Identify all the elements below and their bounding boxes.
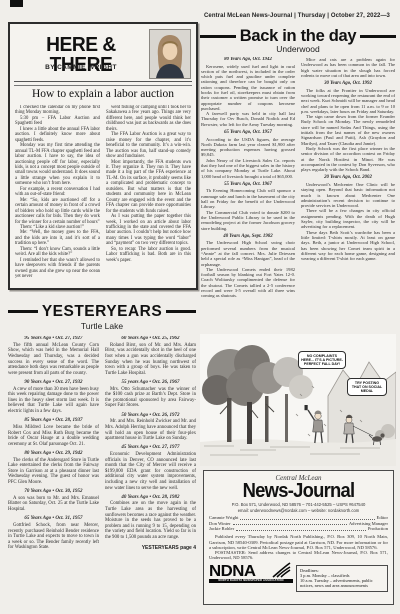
back-in-the-day-subtitle: Underwood	[200, 45, 396, 54]
paragraph: Kerosene, widely used fuel and light in …	[201, 64, 295, 112]
era-heading: 60 Years Ago • Oct. 25, 1962	[105, 336, 196, 342]
paragraph: 5:30 pm – FFA Labor Auction and Spaghett…	[15, 116, 100, 127]
paragraph: According to the USDA figures, the avera…	[201, 137, 295, 158]
title-rule-right	[360, 35, 396, 38]
staff-row: Jackie Rohler Production	[209, 526, 388, 532]
postmaster-info: POSTMASTER: Send address changes to Cent…	[209, 550, 388, 561]
paragraph: For example, a recent conversation I had…	[15, 187, 100, 198]
deadlines-box: Deadlines: 3 p.m. Monday – classifieds 1…	[296, 565, 388, 592]
yesteryears-col2: 60 Years Ago • Oct. 25, 1962 Roland Birs…	[105, 336, 196, 608]
dot-leader	[236, 530, 366, 531]
column-headline: How to explain a labor auction	[10, 88, 196, 101]
ndna-leaf-icon	[271, 562, 291, 583]
paragraph: I knew a little about the annual FFA lab…	[15, 127, 100, 143]
paragraph: I checked the calendar on my phone first…	[15, 105, 100, 116]
era-heading: 85 Years Ago • Oct. 28, 1937	[8, 418, 99, 424]
dot-leader	[233, 524, 347, 525]
yesteryears-title: YESTERYEARS	[42, 304, 162, 320]
era-heading: 50 Years Ago • Oct. 26, 1972	[105, 413, 196, 419]
masthead-info: Published every Thursday by Nordak North…	[209, 534, 388, 560]
era-heading: 20 Years Ago, Oct. 2002	[301, 175, 395, 181]
era-heading: 90 Years Ago • Oct. 27, 1932	[8, 380, 99, 386]
era-heading: 80 Years Ago • Oct. 29, 1942	[8, 451, 99, 457]
speech-bubble-2: Try posting that on social media.	[347, 378, 387, 396]
yesteryears-header: YESTERYEARS	[8, 303, 196, 320]
paragraph: A son was born to Mr. and Mrs. Emanuel B…	[8, 496, 99, 513]
paragraph: The FFA Labor Auction is a great way to …	[106, 132, 191, 159]
masthead-address: P.O. Box 571, Underwood, ND 58576 – 701-…	[209, 502, 388, 507]
era-heading: 55 years Ago • Oct. 26, 1967	[105, 380, 196, 386]
paragraph: The Underwood High School swing choir pe…	[201, 240, 295, 266]
here-and-there-col2: went fishing or camping until I took her…	[106, 105, 191, 285]
paragraph: Mrs. Otto Schumacher was the winner of t…	[105, 387, 196, 409]
back-in-the-day-body: 80 Years Ago, Oct. 1942 Kerosene, widely…	[201, 57, 395, 332]
paragraph: The Commercial Club voted to donate $200…	[201, 210, 295, 231]
era-heading: 45 Years Ago • Oct. 27, 1977	[105, 445, 196, 451]
here-and-there-body: I checked the calendar on my phone first…	[15, 105, 191, 285]
era-heading: 30 Years Ago, Oct. 1992	[301, 81, 395, 87]
here-and-there-byline: BY CAMMIE WRIGHT	[14, 64, 148, 71]
paragraph: A farewell party was held in city hall l…	[201, 111, 295, 127]
paragraph: Underwood’s Medcenter One Clinic will be…	[301, 182, 395, 208]
paragraph: A crew of more than 30 men have been bus…	[8, 387, 99, 415]
author-photo	[149, 29, 191, 79]
paragraph: Rudy Schock was the first place winner i…	[301, 146, 395, 172]
here-and-there-box: HERE & THERE BY CAMMIE WRIGHT How to exp…	[8, 22, 198, 290]
paragraph: The fifth annual McLean County Corn Show…	[8, 343, 99, 377]
title-rule-left	[200, 35, 236, 38]
yesteryears-body: 95 Years Ago • Oct. 27, 1927 The fifth a…	[8, 336, 196, 608]
paragraph: Miss Mildred Love became the bride of Ro…	[8, 425, 99, 447]
back-in-the-day-col1: 80 Years Ago, Oct. 1942 Kerosene, widely…	[201, 57, 295, 332]
speech-bubble-1: No complaints here... It’s a picture-per…	[298, 351, 346, 369]
deadline-line: 10 a.m. Tuesday – advertisements, public…	[300, 578, 384, 588]
newspaper-page: Central McLean News-Journal | Thursday |…	[0, 0, 400, 614]
paragraph: went fishing or camping until I took her…	[106, 105, 191, 132]
paragraph: Monday was my first time attending the a…	[15, 143, 100, 187]
paragraph: Roland Birst, son of Mr. and Mrs. Adam B…	[105, 343, 196, 377]
staff-role: Production	[368, 526, 388, 532]
era-heading: 80 Years Ago, Oct. 1942	[201, 57, 295, 63]
paragraph: So, to recap: The labor auction is good.…	[106, 247, 191, 263]
paragraph: Them: “I don’t know Cam, sounds a little…	[15, 247, 100, 258]
paragraph: The clerks of the Andersgard Store in Tu…	[8, 458, 99, 486]
print-corner-mark	[10, 0, 23, 7]
era-heading: 55 Years Ago, Oct. 1967	[201, 182, 295, 188]
paragraph: Most importantly, the FFA students own i…	[106, 160, 191, 215]
masthead-staff-list: Cammie Wright Editor Don Winter Advertis…	[209, 515, 388, 532]
paragraph: Th Evening Homecoming Club will sponsor …	[201, 188, 295, 209]
paragraph: Me: “So, kids are auctioned off for a ce…	[15, 198, 100, 225]
paragraph: These days Beth Scott’s wardrobe has bee…	[301, 230, 395, 262]
paragraph: Me: “Well, the money goes to the FFA, an…	[15, 230, 100, 246]
paragraph: I reminded her that she wasn’t allowed t…	[15, 258, 100, 280]
ndna-logo: NDNA NORTH DAKOTA NEWSPAPER ASSOCIATION	[209, 565, 293, 583]
paragraph: Mr. and Mrs. Reinhold Zwicker and Mr. an…	[105, 419, 196, 441]
era-heading: 65 Years Ago, Oct. 1957	[201, 130, 295, 136]
back-in-the-day-header: Back in the day	[200, 27, 396, 45]
masthead-box: Central McLean News-Journal P.O. Box 571…	[203, 470, 394, 605]
masthead-bottom-row: NDNA NORTH DAKOTA NEWSPAPER ASSOCIATION …	[209, 565, 388, 592]
page-header: Central McLean News-Journal | Thursday |…	[198, 13, 396, 20]
back-in-the-day-col2: Mice and rats are a problem again for Un…	[301, 57, 395, 332]
paragraph: The Underwood Comets ended their 1982 fo…	[201, 267, 295, 299]
era-heading: 95 Years Ago • Oct. 27, 1927	[8, 336, 99, 342]
masthead-name: News-Journal	[216, 482, 381, 500]
here-and-there-col1: I checked the calendar on my phone first…	[15, 105, 100, 285]
era-heading: 65 Years Ago • Oct. 31, 1957	[8, 516, 99, 522]
back-in-the-day-title: Back in the day	[240, 28, 357, 45]
masthead-contact: email: underwoodnews@nordak.com – websit…	[209, 508, 388, 513]
continuation-note: YESTERYEARS page 4	[105, 545, 196, 551]
yesteryears-subtitle: Turtle Lake	[8, 322, 196, 331]
title-rule-left	[8, 310, 38, 313]
paragraph: Economic Development Administration offi…	[105, 452, 196, 491]
era-heading: 40 Years Ago, Sept. 1982	[201, 234, 295, 240]
paragraph: John Neary of the Livestock Sales Co. re…	[201, 158, 295, 179]
paragraph: The folks at the Frontier in Underwood a…	[301, 88, 395, 114]
paragraph: Gottfried Schock, from near Mercer, rece…	[8, 523, 99, 551]
paragraph: Mice and rats are a problem again for Un…	[301, 57, 395, 78]
fall-editorial-cartoon: No complaints here... It’s a picture-per…	[200, 334, 396, 466]
staff-name: Jackie Rohler	[209, 526, 234, 532]
paragraph: There will be a few changes in city offi…	[301, 208, 395, 229]
paragraph: The sign came down from the former Evand…	[301, 114, 395, 146]
title-rule-right	[166, 310, 196, 313]
dot-leader	[240, 519, 374, 520]
publish-info: Published every Thursday by Nordak North…	[209, 534, 388, 550]
era-heading: 40 Years Ago • Oct. 28, 1982	[105, 495, 196, 501]
paragraph: Combines are on the move again in the Tu…	[105, 501, 196, 540]
header-rule	[14, 81, 192, 86]
era-heading: 70 Years Ago • Oct. 30, 1952	[8, 489, 99, 495]
yesteryears-col1: 95 Years Ago • Oct. 27, 1927 The fifth a…	[8, 336, 99, 608]
paragraph: As I was putting the paper together this…	[106, 214, 191, 247]
